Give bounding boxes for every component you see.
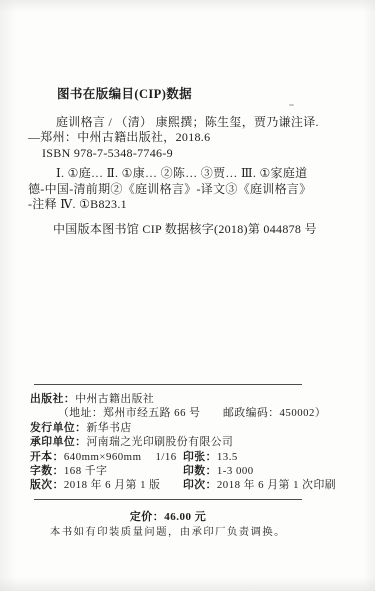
print-run-value: 1-3 000	[217, 465, 254, 477]
cip-publication-line: —郑州：中州古籍出版社，2018.6	[28, 130, 340, 146]
sheets-value: 13.5	[217, 451, 238, 463]
word-count-cell: 字数：168 千字	[30, 464, 183, 478]
word-count-label: 字数：	[30, 465, 64, 477]
distributor-label: 发行单位：	[30, 422, 86, 434]
cip-block: 图书在版编目(CIP)数据 庭训格言 / （清） 康熙撰；陈生玺，贾乃谦注译. …	[28, 87, 340, 237]
format-sheets-row: 开本：640mm×960mm1/16 印张：13.5	[30, 450, 316, 464]
sheets-label: 印张：	[183, 451, 217, 463]
publisher-row: 出版社：中州古籍出版社	[30, 392, 316, 406]
cip-tracing-line-1: Ⅰ. ①庭… Ⅱ. ①康… ②陈… ③贾… Ⅲ. ①家庭道	[56, 166, 340, 182]
divider-bottom-rule	[34, 499, 302, 500]
impression-value: 2018 年 6 月第 1 次印刷	[217, 479, 336, 491]
colophon-block: 出版社：中州古籍出版社 （地址：郑州市经五路 66 号 邮政编码：450002）…	[30, 392, 316, 493]
sheets-cell: 印张：13.5	[183, 450, 238, 464]
distributor-value: 新华书店	[86, 422, 131, 434]
cip-heading: 图书在版编目(CIP)数据	[57, 87, 340, 103]
publisher-address-row: （地址：郑州市经五路 66 号 邮政编码：450002）	[58, 406, 316, 420]
format-cell: 开本：640mm×960mm1/16	[30, 450, 183, 464]
edition-impression-row: 版次：2018 年 6 月第 1 版 印次：2018 年 6 月第 1 次印刷	[30, 478, 316, 492]
print-run-label: 印数：	[183, 465, 217, 477]
cip-isbn-line: ISBN 978-7-5348-7746-9	[42, 146, 340, 162]
book-copyright-page: 图书在版编目(CIP)数据 庭训格言 / （清） 康熙撰；陈生玺，贾乃谦注译. …	[0, 0, 375, 591]
quality-note-line: 本书如有印装质量问题，由承印厂负责调换。	[34, 523, 302, 538]
cip-registry-line: 中国版本图书馆 CIP 数据核字(2018)第 044878 号	[53, 222, 340, 238]
divider-top-rule	[34, 384, 302, 385]
format-label: 开本：	[30, 451, 64, 463]
format-value: 640mm×960mm	[64, 451, 142, 463]
format-fraction: 1/16	[155, 451, 176, 463]
cip-title-statement: 庭训格言 / （清） 康熙撰；陈生玺，贾乃谦注译.	[56, 115, 340, 131]
publisher-value: 中州古籍出版社	[75, 393, 154, 405]
printer-label: 承印单位：	[30, 436, 86, 448]
printer-value: 河南瑞之光印刷股份有限公司	[86, 436, 233, 448]
edition-label: 版次：	[30, 479, 64, 491]
cip-tracing-line-3: -注释 Ⅳ. ①B823.1	[28, 197, 340, 213]
wordcount-printrun-row: 字数：168 千字 印数：1-3 000	[30, 464, 316, 478]
price-value: 46.00 元	[164, 511, 206, 523]
distributor-row: 发行单位：新华书店	[30, 421, 316, 435]
printer-row: 承印单位：河南瑞之光印刷股份有限公司	[30, 435, 316, 449]
publisher-label: 出版社：	[30, 393, 75, 405]
print-run-cell: 印数：1-3 000	[183, 464, 254, 478]
impression-label: 印次：	[183, 479, 217, 491]
scan-speck	[289, 104, 294, 106]
edition-cell: 版次：2018 年 6 月第 1 版	[30, 478, 183, 492]
cip-tracing-line-2: 德-中国-清前期②《庭训格言》-译文③《庭训格言》	[28, 182, 340, 198]
price-label: 定价：	[130, 511, 165, 523]
impression-cell: 印次：2018 年 6 月第 1 次印刷	[183, 478, 336, 492]
price-line: 定价：46.00 元	[34, 508, 302, 524]
edition-value: 2018 年 6 月第 1 版	[64, 479, 161, 491]
word-count-value: 168 千字	[64, 465, 108, 477]
